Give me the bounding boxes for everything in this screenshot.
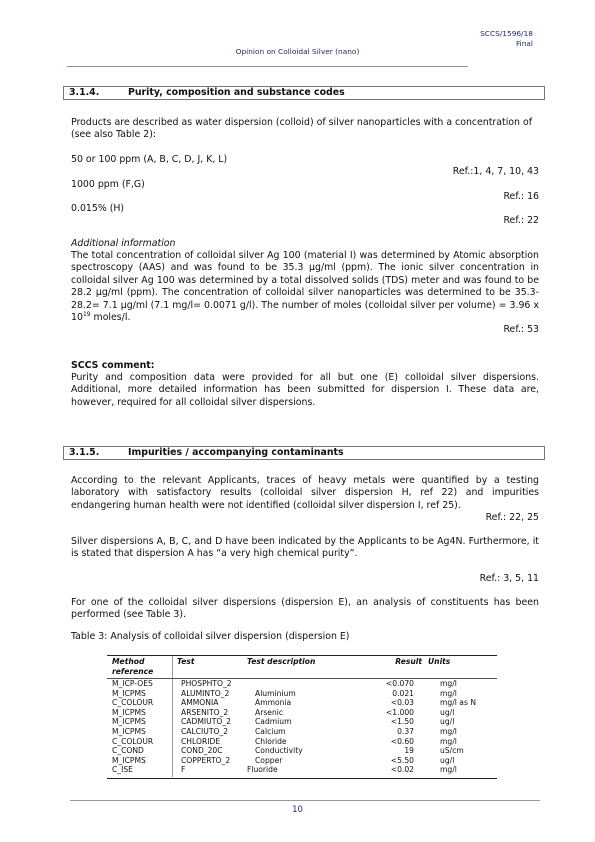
cell-result: 0.37 — [397, 727, 414, 737]
cell-method: M_ICPMS — [112, 689, 146, 699]
cell-description: Cadmium — [255, 717, 292, 727]
page-number: 10 — [0, 805, 595, 815]
table-row: C_CONDCOND_20CConductivity19uS/cm — [107, 746, 497, 756]
cell-description: Conductivity — [255, 746, 303, 756]
cell-result: 19 — [404, 746, 414, 756]
cell-test: ALUMINTO_2 — [181, 689, 229, 699]
reference: Ref.: 3, 5, 11 — [480, 573, 539, 585]
table-top-rule — [107, 655, 497, 656]
cell-result: <1.50 — [391, 717, 414, 727]
header-divider — [67, 66, 468, 67]
cell-method: M_ICPMS — [112, 708, 146, 718]
cell-result: <1.000 — [386, 708, 414, 718]
table-row: M_ICPMSALUMINTO_2Aluminium0.021mg/l — [107, 689, 497, 699]
cell-method: C_COLOUR — [112, 737, 153, 747]
cell-result: <0.03 — [391, 698, 414, 708]
section-number: 3.1.4. — [69, 87, 99, 100]
section-heading-3-1-5: 3.1.5. Impurities / accompanying contami… — [63, 446, 545, 460]
table-row: C_COLOURCHLORIDEChloride<0.60mg/l — [107, 737, 497, 747]
cell-method: M_ICP-OES — [112, 679, 153, 689]
cell-units: mg/l — [440, 689, 457, 699]
cell-method: M_ICPMS — [112, 727, 146, 737]
concentration-item: 0.015% (H) — [71, 203, 539, 215]
cell-units: mg/l as N — [440, 698, 476, 708]
exponent: 19 — [83, 311, 91, 318]
cell-method: M_ICPMS — [112, 717, 146, 727]
cell-result: 0.021 — [392, 689, 414, 699]
table-row: M_ICP-OESPHOSPHTO_2<0.070mg/l — [107, 679, 497, 689]
concentration-item: 50 or 100 ppm (A, B, C, D, J, K, L) — [71, 154, 539, 166]
section-title: Impurities / accompanying contaminants — [128, 447, 344, 460]
cell-units: mg/l — [440, 679, 457, 689]
document-code-block: SCCS/1596/18 Final — [480, 29, 533, 48]
cell-result: <0.070 — [386, 679, 414, 689]
table-row: M_ICPMSARSENITO_2Arsenic<1.000ug/l — [107, 708, 497, 718]
reference: Ref.: 22 — [503, 215, 539, 227]
cell-test: COPPERTO_2 — [181, 756, 230, 766]
table-body: M_ICP-OESPHOSPHTO_2<0.070mg/lM_ICPMSALUM… — [107, 679, 497, 775]
cell-description: Ammonia — [255, 698, 291, 708]
cell-description: Calcium — [255, 727, 286, 737]
cell-result: <0.60 — [391, 737, 414, 747]
additional-info-paragraph: The total concentration of colloidal sil… — [71, 250, 539, 324]
header-description: Test description — [247, 657, 315, 667]
header-result: Result — [395, 657, 422, 667]
cell-method: C_COLOUR — [112, 698, 153, 708]
cell-test: AMMONIA — [181, 698, 218, 708]
table-row: M_ICPMSCADMIUTO_2Cadmium<1.50ug/l — [107, 717, 497, 727]
section-number: 3.1.5. — [69, 447, 99, 460]
section-title: Purity, composition and substance codes — [128, 87, 345, 100]
analysis-paragraph: For one of the colloidal silver dispersi… — [71, 597, 539, 622]
cell-units: mg/l — [440, 727, 457, 737]
cell-description: Chloride — [255, 737, 287, 747]
table-row: M_ICPMSCOPPERTO_2Copper<5.50ug/l — [107, 756, 497, 766]
document-code: SCCS/1596/18 — [480, 29, 533, 39]
reference: Ref.:1, 4, 7, 10, 43 — [453, 166, 539, 178]
reference: Ref.: 22, 25 — [486, 512, 539, 524]
ag4n-paragraph: Silver dispersions A, B, C, and D have b… — [71, 536, 539, 561]
cell-result: <0.02 — [391, 765, 414, 775]
impurities-paragraph: According to the relevant Applicants, tr… — [71, 475, 539, 512]
cell-test: CALCIUTO_2 — [181, 727, 228, 737]
header-method: Method reference — [112, 657, 153, 676]
intro-paragraph: Products are described as water dispersi… — [71, 117, 539, 142]
cell-units: uS/cm — [440, 746, 464, 756]
cell-description: Fluoride — [247, 765, 278, 775]
table-bottom-rule — [107, 778, 497, 779]
cell-units: mg/l — [440, 765, 457, 775]
cell-units: ug/l — [440, 756, 454, 766]
sccs-comment-text: Purity and composition data were provide… — [71, 372, 539, 409]
table-row: M_ICPMSCALCIUTO_2Calcium0.37mg/l — [107, 727, 497, 737]
reference: Ref.: 16 — [503, 191, 539, 203]
cell-description: Aluminium — [255, 689, 296, 699]
section-heading-3-1-4: 3.1.4. Purity, composition and substance… — [63, 86, 545, 100]
cell-test: F — [181, 765, 185, 775]
table-row: C_ISEFFluoride<0.02mg/l — [107, 765, 497, 775]
cell-units: mg/l — [440, 737, 457, 747]
table-header-row: Method reference Test Test description R… — [107, 657, 497, 678]
cell-method: M_ICPMS — [112, 756, 146, 766]
header-test: Test — [177, 657, 195, 667]
footer-divider — [70, 800, 540, 801]
cell-result: <5.50 — [391, 756, 414, 766]
cell-units: ug/l — [440, 717, 454, 727]
cell-description: Arsenic — [255, 708, 283, 718]
cell-units: ug/l — [440, 708, 454, 718]
table-caption: Table 3: Analysis of colloidal silver di… — [71, 631, 539, 643]
reference: Ref.: 53 — [503, 324, 539, 336]
cell-test: ARSENITO_2 — [181, 708, 228, 718]
running-title: Opinion on Colloidal Silver (nano) — [0, 47, 595, 56]
cell-test: CADMIUTO_2 — [181, 717, 231, 727]
additional-info-heading: Additional information — [71, 238, 539, 250]
cell-method: C_COND — [112, 746, 144, 756]
cell-method: C_ISE — [112, 765, 133, 775]
concentration-item: 1000 ppm (F,G) — [71, 179, 539, 191]
sccs-comment-heading: SCCS comment: — [71, 360, 539, 372]
cell-test: COND_20C — [181, 746, 223, 756]
header-units: Units — [428, 657, 450, 667]
table-row: C_COLOURAMMONIAAmmonia<0.03mg/l as N — [107, 698, 497, 708]
cell-test: CHLORIDE — [181, 737, 220, 747]
cell-test: PHOSPHTO_2 — [181, 679, 232, 689]
cell-description: Copper — [255, 756, 282, 766]
